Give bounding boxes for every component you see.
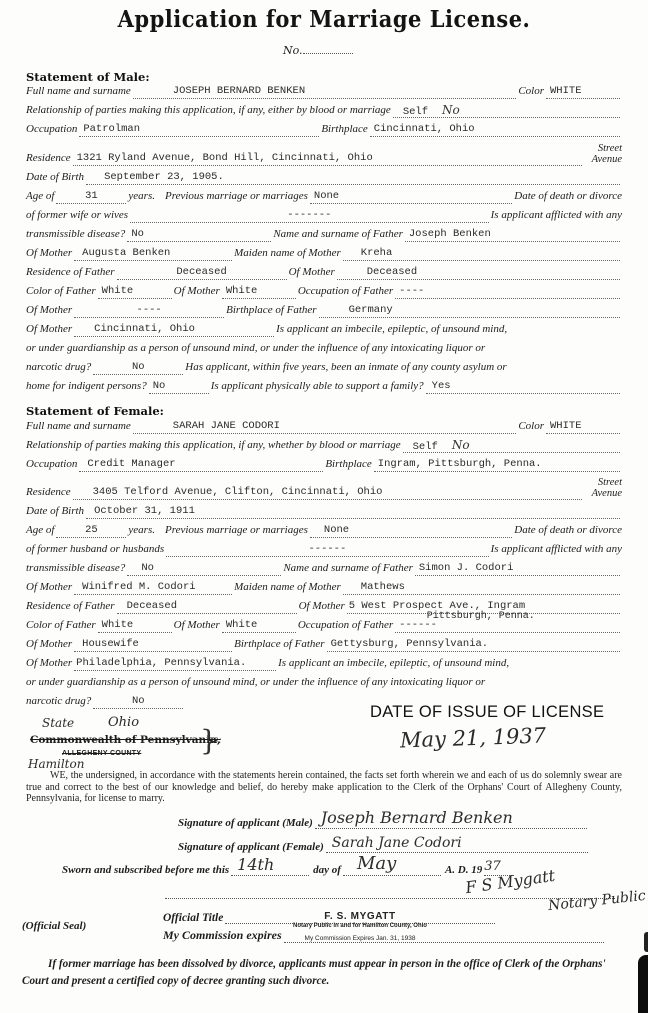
sworn-month: May bbox=[357, 853, 396, 874]
sworn-year: 37 bbox=[484, 859, 501, 874]
label: Of Mother bbox=[26, 303, 72, 318]
label: Occupation bbox=[26, 457, 77, 472]
male-color-mother[interactable]: White bbox=[222, 285, 296, 299]
male-dob-row: Date of Birth September 23, 1905. bbox=[26, 170, 622, 185]
female-occupation-father[interactable]: ------ bbox=[395, 619, 620, 633]
male-dob[interactable]: September 23, 1905. bbox=[86, 171, 620, 185]
male-full-name[interactable]: JOSEPH BERNARD BENKEN bbox=[133, 85, 517, 99]
label: Birthplace of Father bbox=[234, 637, 324, 652]
label: years. bbox=[128, 189, 155, 204]
male-occupation[interactable]: Patrolman bbox=[79, 123, 319, 137]
female-occupation-mother[interactable]: Housewife bbox=[74, 638, 232, 652]
notary-title-handwritten: Notary Public bbox=[547, 888, 646, 914]
female-mother-row: Of Mother Winifred M. Codori Maiden name… bbox=[26, 580, 622, 595]
sworn-month-field[interactable]: May bbox=[343, 859, 441, 876]
label: Date of Birth bbox=[26, 170, 84, 185]
label: Previous marriage or marriages bbox=[165, 189, 308, 204]
male-signature-field[interactable]: Joseph Bernard Benken bbox=[315, 812, 587, 829]
relationship-annotation: No bbox=[442, 103, 460, 117]
label: Of Mother bbox=[299, 599, 345, 614]
label: home for indigent persons? bbox=[26, 379, 147, 394]
male-narcotic[interactable]: No bbox=[93, 361, 183, 375]
ohio-handwritten: Ohio bbox=[108, 715, 139, 730]
label: Full name and surname bbox=[26, 84, 131, 99]
commission-stamp: My Commission Expires Jan. 31, 1938 bbox=[255, 935, 465, 942]
male-street-avenue: Street Avenue bbox=[592, 143, 622, 165]
female-section-heading: Statement of Female: bbox=[26, 404, 164, 418]
county-handwritten: Hamilton bbox=[28, 757, 84, 771]
county-text: ALLEGHENY COUNTY bbox=[62, 750, 141, 757]
female-residence-row: Residence 3405 Telford Avenue, Clifton, … bbox=[26, 485, 584, 500]
label: Of Mother bbox=[26, 322, 72, 337]
female-disease-row: transmissible disease? No Name and surna… bbox=[26, 561, 622, 576]
notary-name-stamp: F. S. MYGATT bbox=[255, 911, 465, 922]
label: day of bbox=[313, 864, 341, 876]
avenue-label: Avenue bbox=[592, 488, 622, 499]
marriage-license-application: Application for Marriage License. No. St… bbox=[0, 0, 648, 1013]
label: Birthplace of Father bbox=[226, 303, 316, 318]
female-relationship[interactable]: SelfNo bbox=[403, 439, 620, 453]
label: Occupation of Father bbox=[298, 618, 393, 633]
male-color-father[interactable]: White bbox=[98, 285, 172, 299]
male-bp-mother-row: Of Mother Cincinnati, Ohio Is applicant … bbox=[26, 322, 622, 337]
label: Age of bbox=[26, 523, 54, 538]
avenue-label: Avenue bbox=[592, 154, 622, 165]
county-label: ALLEGHENY COUNTY bbox=[62, 750, 141, 757]
commonwealth-text: Commonwealth of Pennsylvania, bbox=[30, 734, 221, 746]
female-relationship-row: Relationship of parties making this appl… bbox=[26, 438, 622, 453]
male-section-heading: Statement of Male: bbox=[26, 70, 150, 84]
male-indigent-row: home for indigent persons? No Is applica… bbox=[26, 379, 622, 394]
male-previous-marriage[interactable]: None bbox=[310, 190, 512, 204]
male-residence[interactable]: 1321 Ryland Avenue, Bond Hill, Cincinnat… bbox=[73, 152, 582, 166]
male-residence-row: Residence 1321 Ryland Avenue, Bond Hill,… bbox=[26, 151, 584, 166]
label: Is applicant physically able to support … bbox=[211, 379, 424, 394]
commonwealth-label: Commonwealth of Pennsylvania, bbox=[30, 734, 221, 746]
footer-text: If former marriage has been dissolved by… bbox=[22, 958, 606, 987]
license-issue-stamp: DATE OF ISSUE OF LICENSE bbox=[370, 703, 604, 722]
label: transmissible disease? bbox=[26, 561, 125, 576]
female-occupation-row: Occupation Credit Manager Birthplace Ing… bbox=[26, 457, 622, 472]
male-birthplace-father[interactable]: Germany bbox=[319, 304, 620, 318]
male-relationship[interactable]: SelfNo bbox=[393, 104, 620, 118]
male-narcotic-row: narcotic drug? No Has applicant, within … bbox=[26, 360, 622, 375]
male-mother-name[interactable]: Augusta Benken bbox=[74, 247, 232, 261]
male-signature-row: Signature of applicant (Male) Joseph Ber… bbox=[178, 813, 587, 829]
label: Of Mother bbox=[174, 618, 220, 633]
label: narcotic drug? bbox=[26, 360, 91, 375]
female-former-spouse[interactable]: ------ bbox=[166, 543, 489, 557]
document-title: Application for Marriage License. bbox=[0, 5, 648, 33]
female-bp-mother-row: Of Mother Philadelphia, Pennsylvania. Is… bbox=[26, 656, 622, 671]
label: transmissible disease? bbox=[26, 227, 125, 242]
label: Full name and surname bbox=[26, 419, 131, 434]
female-previous-marriage[interactable]: None bbox=[310, 524, 512, 538]
oath-statement: WE, the undersigned, in accordance with … bbox=[26, 770, 622, 805]
male-age[interactable]: 31 bbox=[56, 190, 126, 204]
label: Date of Birth bbox=[26, 504, 84, 519]
male-indigent[interactable]: No bbox=[149, 380, 209, 394]
male-occupation-row: Occupation Patrolman Birthplace Cincinna… bbox=[26, 122, 622, 137]
female-residence[interactable]: 3405 Telford Avenue, Clifton, Cincinnati… bbox=[73, 486, 582, 500]
male-maiden-name[interactable]: Kreha bbox=[343, 247, 620, 261]
female-dob-row: Date of Birth October 31, 1911 bbox=[26, 504, 622, 519]
official-seal-label: (Official Seal) bbox=[22, 920, 86, 932]
male-former-spouse[interactable]: ------- bbox=[130, 209, 489, 223]
female-color[interactable]: WHITE bbox=[546, 420, 620, 434]
label: Of Mother bbox=[26, 580, 72, 595]
male-age-row: Age of 31 years. Previous marriage or ma… bbox=[26, 189, 622, 204]
relationship-value: Self bbox=[413, 441, 438, 453]
ss-label: ss: bbox=[208, 735, 222, 746]
label: Date of death or divorce bbox=[514, 189, 622, 204]
label: Has applicant, within five years, been a… bbox=[185, 360, 506, 375]
label: of former husband or husbands bbox=[26, 542, 164, 557]
male-occupation-father[interactable]: ---- bbox=[395, 285, 620, 299]
male-residence-parents-row: Residence of Father Deceased Of Mother D… bbox=[26, 265, 622, 280]
male-disease-row: transmissible disease? No Name and surna… bbox=[26, 227, 622, 242]
label: Signature of applicant (Male) bbox=[178, 817, 313, 829]
label: Name and surname of Father bbox=[283, 561, 413, 576]
male-mother-row: Of Mother Augusta Benken Maiden name of … bbox=[26, 246, 622, 261]
male-signature: Joseph Bernard Benken bbox=[321, 808, 513, 827]
male-support[interactable]: Yes bbox=[426, 380, 620, 394]
male-disease[interactable]: No bbox=[127, 228, 271, 242]
number-field[interactable] bbox=[303, 44, 353, 54]
label: Color of Father bbox=[26, 284, 96, 299]
female-color-father[interactable]: White bbox=[98, 619, 172, 633]
label: Of Mother bbox=[174, 284, 220, 299]
female-color-mother[interactable]: White bbox=[222, 619, 296, 633]
female-residence-mother[interactable]: 5 West Prospect Ave., IngramPittsburgh, … bbox=[347, 600, 620, 614]
label: Is applicant afflicted with any bbox=[491, 208, 622, 223]
female-street-avenue: Street Avenue bbox=[592, 477, 622, 499]
female-full-name[interactable]: SARAH JANE CODORI bbox=[133, 420, 517, 434]
relationship-annotation: No bbox=[452, 438, 470, 452]
female-narcotic[interactable]: No bbox=[93, 695, 183, 709]
female-residence-father[interactable]: Deceased bbox=[117, 600, 297, 614]
male-residence-mother[interactable]: Deceased bbox=[337, 266, 620, 280]
male-color[interactable]: WHITE bbox=[546, 85, 620, 99]
label: years. bbox=[128, 523, 155, 538]
label: Maiden name of Mother bbox=[234, 246, 341, 261]
label: or under guardianship as a person of uns… bbox=[26, 675, 485, 690]
label: Signature of applicant (Female) bbox=[178, 841, 324, 853]
female-dob[interactable]: October 31, 1911 bbox=[86, 505, 620, 519]
street-label: Street bbox=[592, 477, 622, 488]
male-guardianship-row: or under guardianship as a person of uns… bbox=[26, 341, 622, 356]
label: Of Mother bbox=[289, 265, 335, 280]
label: Is applicant an imbecile, epileptic, of … bbox=[278, 656, 509, 671]
female-age-row: Age of 25 years. Previous marriage or ma… bbox=[26, 523, 622, 538]
female-birthplace-father[interactable]: Gettysburg, Pennsylvania. bbox=[327, 638, 620, 652]
label: Of Mother bbox=[26, 637, 72, 652]
male-former-spouse-row: of former wife or wives ------- Is appli… bbox=[26, 208, 622, 223]
number-label: No. bbox=[283, 44, 303, 57]
female-disease[interactable]: No bbox=[127, 562, 281, 576]
female-birthplace[interactable]: Ingram, Pittsburgh, Penna. bbox=[374, 458, 620, 472]
male-name-row: Full name and surname JOSEPH BERNARD BEN… bbox=[26, 84, 622, 99]
label: Is applicant an imbecile, epileptic, of … bbox=[276, 322, 507, 337]
scan-edge-shadow bbox=[638, 955, 648, 1013]
male-occupation-mother[interactable]: ---- bbox=[74, 304, 224, 318]
scan-edge-mark bbox=[644, 932, 648, 952]
female-age[interactable]: 25 bbox=[56, 524, 126, 538]
label: Is applicant afflicted with any bbox=[491, 542, 622, 557]
female-signature: Sarah Jane Codori bbox=[332, 835, 462, 851]
label: Sworn and subscribed before me this bbox=[62, 864, 229, 876]
male-birthplace-mother[interactable]: Cincinnati, Ohio bbox=[74, 323, 274, 337]
label: Occupation bbox=[26, 122, 77, 137]
label: Color of Father bbox=[26, 618, 96, 633]
label: Residence of Father bbox=[26, 265, 115, 280]
male-father-name[interactable]: Joseph Benken bbox=[405, 228, 620, 242]
sworn-row: Sworn and subscribed before me this 14th… bbox=[62, 860, 514, 876]
female-mother-name[interactable]: Winifred M. Codori bbox=[74, 581, 232, 595]
application-number: No. bbox=[283, 44, 353, 57]
label: Birthplace bbox=[321, 122, 367, 137]
license-issue-date: May 21, 1937 bbox=[400, 723, 547, 752]
male-birthplace[interactable]: Cincinnati, Ohio bbox=[370, 123, 620, 137]
female-former-spouse-row: of former husband or husbands ------ Is … bbox=[26, 542, 622, 557]
label: Name and surname of Father bbox=[273, 227, 403, 242]
male-occ-mother-row: Of Mother ---- Birthplace of Father Germ… bbox=[26, 303, 622, 318]
label: of former wife or wives bbox=[26, 208, 128, 223]
female-occupation[interactable]: Credit Manager bbox=[79, 458, 323, 472]
label: Birthplace bbox=[325, 457, 371, 472]
male-color-parents-row: Color of Father White Of Mother White Oc… bbox=[26, 284, 622, 299]
label: Residence bbox=[26, 151, 71, 166]
label: Age of bbox=[26, 189, 54, 204]
female-signature-field[interactable]: Sarah Jane Codori bbox=[326, 836, 588, 853]
female-color-parents-row: Color of Father White Of Mother White Oc… bbox=[26, 618, 622, 633]
label: Relationship of parties making this appl… bbox=[26, 103, 391, 118]
male-relationship-row: Relationship of parties making this appl… bbox=[26, 103, 622, 118]
label: Official Title bbox=[163, 912, 223, 924]
label: Occupation of Father bbox=[298, 284, 393, 299]
label: Color bbox=[518, 84, 544, 99]
female-name-row: Full name and surname SARAH JANE CODORI … bbox=[26, 419, 622, 434]
label: Residence bbox=[26, 485, 71, 500]
state-handwritten: State bbox=[42, 716, 74, 730]
label: Color bbox=[518, 419, 544, 434]
male-residence-father[interactable]: Deceased bbox=[117, 266, 287, 280]
label: Of Mother bbox=[26, 656, 72, 671]
label: Date of death or divorce bbox=[514, 523, 622, 538]
label: Previous marriage or marriages bbox=[165, 523, 308, 538]
label: Maiden name of Mother bbox=[234, 580, 341, 595]
female-occ-mother-row: Of Mother Housewife Birthplace of Father… bbox=[26, 637, 622, 652]
footer-notice: If former marriage has been dissolved by… bbox=[22, 956, 622, 990]
relationship-value: Self bbox=[403, 106, 428, 118]
female-signature-row: Signature of applicant (Female) Sarah Ja… bbox=[178, 837, 588, 853]
female-narcotic-row: narcotic drug? No bbox=[26, 694, 226, 709]
street-label: Street bbox=[592, 143, 622, 154]
sworn-day: 14th bbox=[237, 855, 274, 874]
female-maiden-name[interactable]: Mathews bbox=[343, 581, 620, 595]
label: or under guardianship as a person of uns… bbox=[26, 341, 485, 356]
label: A. D. 19 bbox=[445, 864, 482, 876]
label: Residence of Father bbox=[26, 599, 115, 614]
label: narcotic drug? bbox=[26, 694, 91, 709]
female-birthplace-mother[interactable]: Philadelphia, Pennsylvania. bbox=[74, 657, 276, 671]
female-father-name[interactable]: Simon J. Codori bbox=[415, 562, 620, 576]
label: Relationship of parties making this appl… bbox=[26, 438, 401, 453]
female-guardianship-row: or under guardianship as a person of uns… bbox=[26, 675, 622, 690]
female-residence-parents-row: Residence of Father Deceased Of Mother 5… bbox=[26, 599, 622, 614]
sworn-day-field[interactable]: 14th bbox=[231, 859, 309, 876]
label: Of Mother bbox=[26, 246, 72, 261]
